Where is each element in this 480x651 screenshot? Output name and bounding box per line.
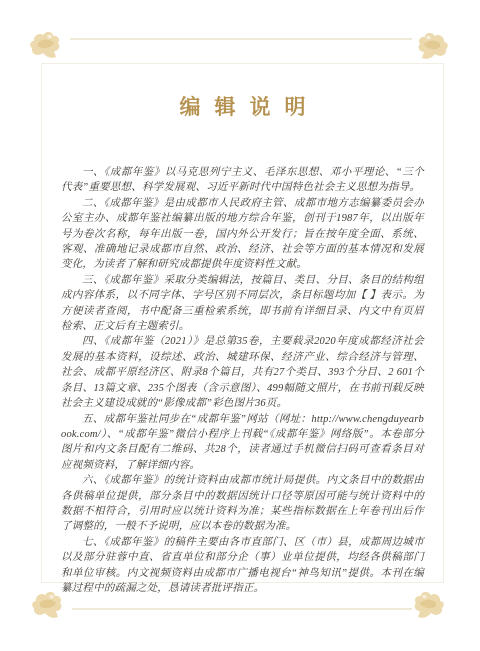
phoenix-ornament-bottom-right-icon	[412, 590, 446, 620]
page-title: 编辑说明	[42, 91, 443, 121]
paragraph-1: 一、《成都年鉴》以马克思列宁主义、毛泽东思想、邓小平理论、“三个代表”重要思想、…	[61, 165, 424, 196]
editorial-notes-text: 一、《成都年鉴》以马克思列宁主义、毛泽东思想、邓小平理论、“三个代表”重要思想、…	[42, 165, 443, 596]
phoenix-ornament-top-right-icon	[416, 31, 450, 61]
paragraph-2: 二、《成都年鉴》是由成都市人民政府主管、成都市地方志编纂委员会办公室主办、成都年…	[61, 196, 424, 273]
paragraph-7: 七、《成都年鉴》的稿件主要由各市直部门、区（市）县，成都周边城市以及部分驻蓉中直…	[61, 535, 424, 597]
top-divider-line	[70, 38, 412, 40]
paragraph-4: 四、《成都年鉴（2021）》是总第35卷，主要载录2020年度成都经济社会发展的…	[61, 334, 424, 411]
content-frame: 编辑说明 一、《成都年鉴》以马克思列宁主义、毛泽东思想、邓小平理论、“三个代表”…	[41, 63, 444, 583]
bottom-divider-line	[72, 608, 412, 610]
paragraph-5: 五、成都年鉴社同步在“成都年鉴”网站（网址：http://www.chengdu…	[61, 412, 424, 474]
paragraph-3: 三、《成都年鉴》采取分类编辑法，按篇目、类目、分目、条目的结构组成内容体系，以不…	[61, 273, 424, 335]
phoenix-ornament-bottom-left-icon	[30, 590, 64, 620]
phoenix-ornament-top-left-icon	[28, 30, 62, 60]
editorial-notes-page: 编辑说明 一、《成都年鉴》以马克思列宁主义、毛泽东思想、邓小平理论、“三个代表”…	[0, 0, 480, 651]
paragraph-6: 六、《成都年鉴》的统计资料由成都市统计局提供。内文条目中的数据由各供稿单位提供，…	[61, 473, 424, 535]
